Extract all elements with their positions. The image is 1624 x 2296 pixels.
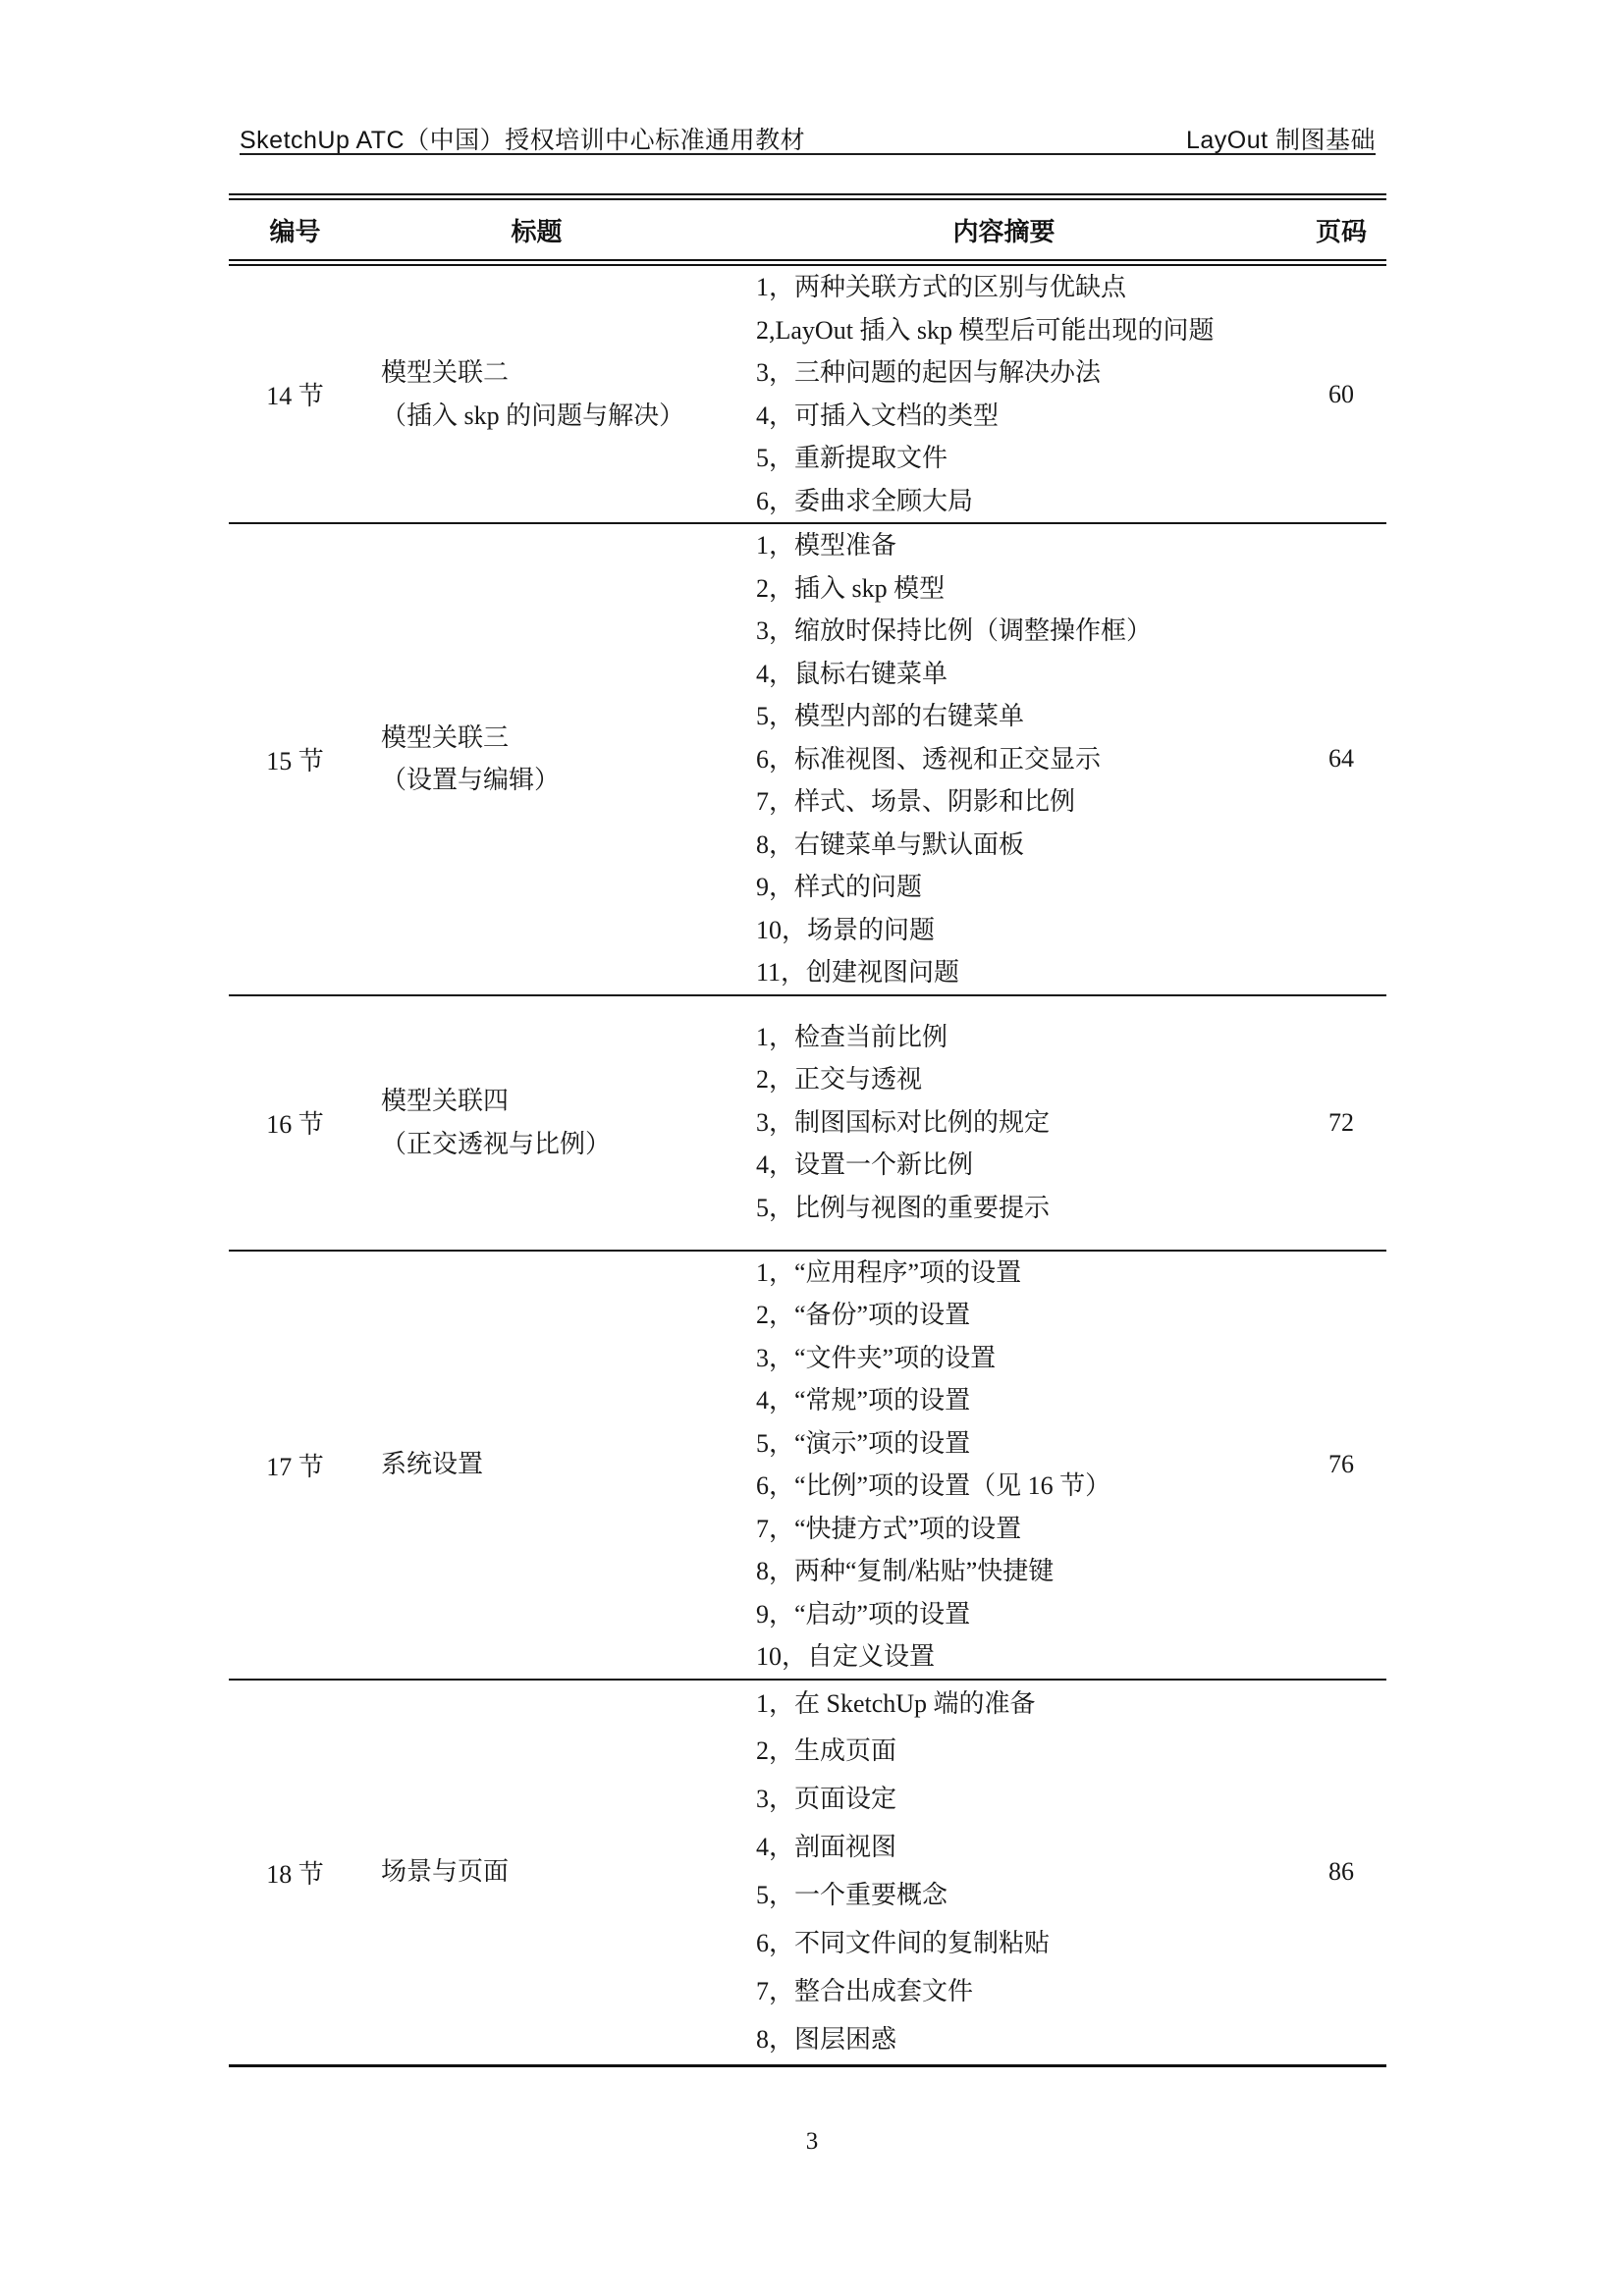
table-rows: 14 节模型关联二（插入 skp 的问题与解决）1，两种关联方式的区别与优缺点2… — [229, 266, 1386, 2064]
table-row: 17 节系统设置1，“应用程序”项的设置2，“备份”项的设置3，“文件夹”项的设… — [229, 1252, 1386, 1681]
row-page-number: 60 — [1296, 266, 1386, 522]
summary-line: 8，图层困惑 — [756, 2016, 1296, 2064]
summary-line: 4，剖面视图 — [756, 1824, 1296, 1872]
summary-line: 5，模型内部的右键菜单 — [756, 695, 1296, 738]
summary-line: 8，右键菜单与默认面板 — [756, 824, 1296, 867]
summary-line: 9，样式的问题 — [756, 866, 1296, 909]
title-line: （插入 skp 的问题与解决） — [381, 395, 712, 438]
title-line: 系统设置 — [381, 1443, 712, 1486]
row-summary: 1，模型准备2，插入 skp 模型3，缩放时保持比例（调整操作框）4，鼠标右键菜… — [712, 524, 1296, 994]
summary-line: 3，“文件夹”项的设置 — [756, 1337, 1296, 1380]
footer-page-number: 3 — [0, 2128, 1624, 2156]
summary-line: 3，三种问题的起因与解决办法 — [756, 351, 1296, 395]
summary-line: 2，正交与透视 — [756, 1058, 1296, 1101]
summary-line: 2，“备份”项的设置 — [756, 1294, 1296, 1337]
table-bottom-rule — [229, 2064, 1386, 2067]
summary-line: 1，两种关联方式的区别与优缺点 — [756, 266, 1296, 309]
summary-line: 5，重新提取文件 — [756, 437, 1296, 480]
summary-line: 6，标准视图、透视和正交显示 — [756, 738, 1296, 781]
row-number: 18 节 — [229, 1681, 361, 2064]
summary-line: 1，“应用程序”项的设置 — [756, 1252, 1296, 1295]
column-header-page: 页码 — [1296, 212, 1386, 248]
summary-line: 6，委曲求全顾大局 — [756, 480, 1296, 523]
row-title: 场景与页面 — [361, 1681, 712, 2064]
summary-line: 1，在 SketchUp 端的准备 — [756, 1681, 1296, 1729]
summary-line: 4，鼠标右键菜单 — [756, 653, 1296, 696]
title-line: 模型关联三 — [381, 717, 712, 760]
title-line: （正交透视与比例） — [381, 1123, 712, 1166]
column-header-summary: 内容摘要 — [712, 212, 1296, 248]
summary-line: 3，缩放时保持比例（调整操作框） — [756, 610, 1296, 653]
summary-line: 10，场景的问题 — [756, 909, 1296, 952]
row-number: 14 节 — [229, 266, 361, 522]
summary-line: 6，“比例”项的设置（见 16 节） — [756, 1465, 1296, 1508]
summary-line: 5，比例与视图的重要提示 — [756, 1187, 1296, 1230]
summary-line: 5，“演示”项的设置 — [756, 1422, 1296, 1466]
summary-line: 1，检查当前比例 — [756, 1016, 1296, 1059]
row-summary: 1，两种关联方式的区别与优缺点2,LayOut 插入 skp 模型后可能出现的问… — [712, 266, 1296, 522]
summary-line: 8，两种“复制/粘贴”快捷键 — [756, 1550, 1296, 1593]
row-page-number: 76 — [1296, 1252, 1386, 1679]
summary-line: 10，自定义设置 — [756, 1635, 1296, 1679]
row-summary: 1，在 SketchUp 端的准备2，生成页面3，页面设定4，剖面视图5，一个重… — [712, 1681, 1296, 2064]
summary-line: 7，整合出成套文件 — [756, 1968, 1296, 2016]
column-header-number: 编号 — [229, 212, 361, 248]
row-summary: 1，检查当前比例2，正交与透视3，制图国标对比例的规定4，设置一个新比例5，比例… — [712, 996, 1296, 1250]
row-page-number: 64 — [1296, 524, 1386, 994]
table-row: 18 节场景与页面1，在 SketchUp 端的准备2，生成页面3，页面设定4，… — [229, 1681, 1386, 2064]
summary-line: 7，样式、场景、阴影和比例 — [756, 780, 1296, 824]
column-header-title: 标题 — [361, 212, 712, 248]
summary-line: 2，生成页面 — [756, 1728, 1296, 1776]
contents-table: 编号 标题 内容摘要 页码 14 节模型关联二（插入 skp 的问题与解决）1，… — [229, 193, 1386, 2067]
row-summary: 1，“应用程序”项的设置2，“备份”项的设置3，“文件夹”项的设置4，“常规”项… — [712, 1252, 1296, 1679]
summary-line: 2，插入 skp 模型 — [756, 567, 1296, 611]
title-line: 模型关联四 — [381, 1080, 712, 1123]
summary-line: 4，设置一个新比例 — [756, 1144, 1296, 1187]
table-row: 16 节模型关联四（正交透视与比例）1，检查当前比例2，正交与透视3，制图国标对… — [229, 996, 1386, 1252]
header-underline — [240, 153, 1376, 155]
page-header: SketchUp ATC（中国）授权培训中心标准通用教材 LayOut 制图基础 — [240, 121, 1376, 156]
title-line: 场景与页面 — [381, 1850, 712, 1894]
page-header-right: LayOut 制图基础 — [1186, 121, 1376, 156]
table-header-row: 编号 标题 内容摘要 页码 — [229, 200, 1386, 259]
page-header-left: SketchUp ATC（中国）授权培训中心标准通用教材 — [240, 121, 805, 156]
table-top-rule — [229, 193, 1386, 200]
row-number: 15 节 — [229, 524, 361, 994]
row-title: 模型关联二（插入 skp 的问题与解决） — [361, 266, 712, 522]
summary-line: 6，不同文件间的复制粘贴 — [756, 1920, 1296, 1968]
table-header-rule — [229, 259, 1386, 266]
table-row: 14 节模型关联二（插入 skp 的问题与解决）1，两种关联方式的区别与优缺点2… — [229, 266, 1386, 524]
row-number: 16 节 — [229, 996, 361, 1250]
summary-line: 11，创建视图问题 — [756, 951, 1296, 994]
table-row: 15 节模型关联三（设置与编辑）1，模型准备2，插入 skp 模型3，缩放时保持… — [229, 524, 1386, 996]
summary-line: 4，可插入文档的类型 — [756, 395, 1296, 438]
row-title: 模型关联三（设置与编辑） — [361, 524, 712, 994]
summary-line: 3，页面设定 — [756, 1776, 1296, 1824]
row-title: 模型关联四（正交透视与比例） — [361, 996, 712, 1250]
summary-line: 4，“常规”项的设置 — [756, 1379, 1296, 1422]
row-page-number: 72 — [1296, 996, 1386, 1250]
title-line: 模型关联二 — [381, 351, 712, 395]
summary-line: 2,LayOut 插入 skp 模型后可能出现的问题 — [756, 309, 1296, 352]
row-title: 系统设置 — [361, 1252, 712, 1679]
summary-line: 9，“启动”项的设置 — [756, 1593, 1296, 1636]
summary-line: 1，模型准备 — [756, 524, 1296, 567]
row-page-number: 86 — [1296, 1681, 1386, 2064]
summary-line: 3，制图国标对比例的规定 — [756, 1101, 1296, 1145]
title-line: （设置与编辑） — [381, 759, 712, 802]
summary-line: 7，“快捷方式”项的设置 — [756, 1508, 1296, 1551]
row-number: 17 节 — [229, 1252, 361, 1679]
summary-line: 5，一个重要概念 — [756, 1872, 1296, 1920]
